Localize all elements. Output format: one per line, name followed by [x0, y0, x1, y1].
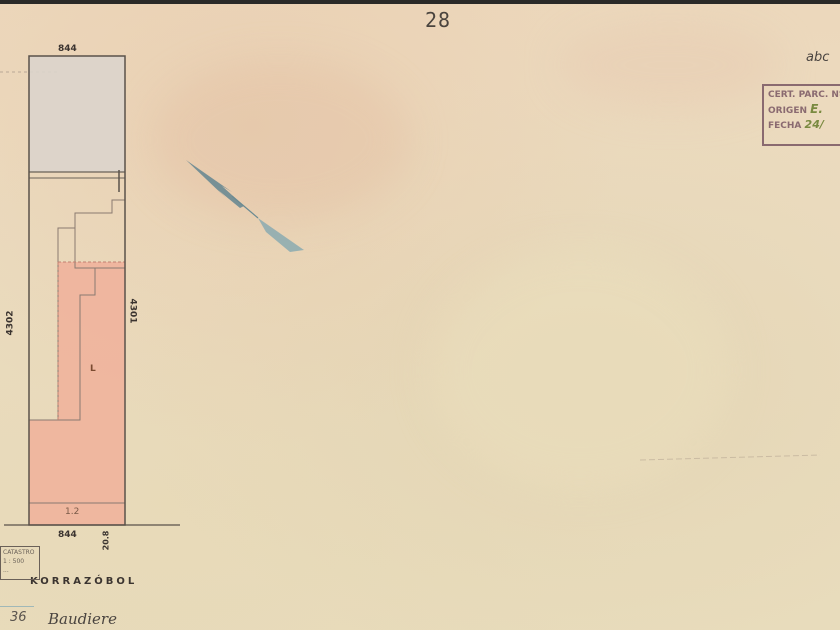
catastro-stamp: CATASTRO 1 : 500 ...	[0, 546, 40, 580]
bottom-left-mark	[0, 598, 34, 607]
left-neighbor-label: 4302	[6, 310, 16, 335]
top-dimension-label: 844	[58, 44, 77, 54]
bottom-right-dimension: 20.8	[101, 531, 110, 551]
top-right-handwriting: abc	[806, 50, 829, 65]
signature: Baudiere	[48, 610, 117, 628]
stamp-line-2: ORIGEN E.	[768, 102, 840, 118]
strip-label: 1.2	[65, 507, 79, 517]
right-neighbor-label: 4301	[128, 298, 138, 323]
certificate-stamp: CERT. PARC. Nº ORIGEN E. FECHA 24/	[762, 84, 840, 146]
stamp-line-1: CERT. PARC. Nº	[768, 88, 840, 102]
street-name: KORRAZÓBOL	[30, 576, 137, 587]
stamp-line-3: FECHA 24/	[768, 118, 840, 133]
lot-label: L	[90, 364, 96, 374]
bottom-left-number: 36	[10, 610, 27, 625]
plot-drawing	[0, 0, 840, 630]
bottom-dimension-label: 844	[58, 530, 77, 540]
